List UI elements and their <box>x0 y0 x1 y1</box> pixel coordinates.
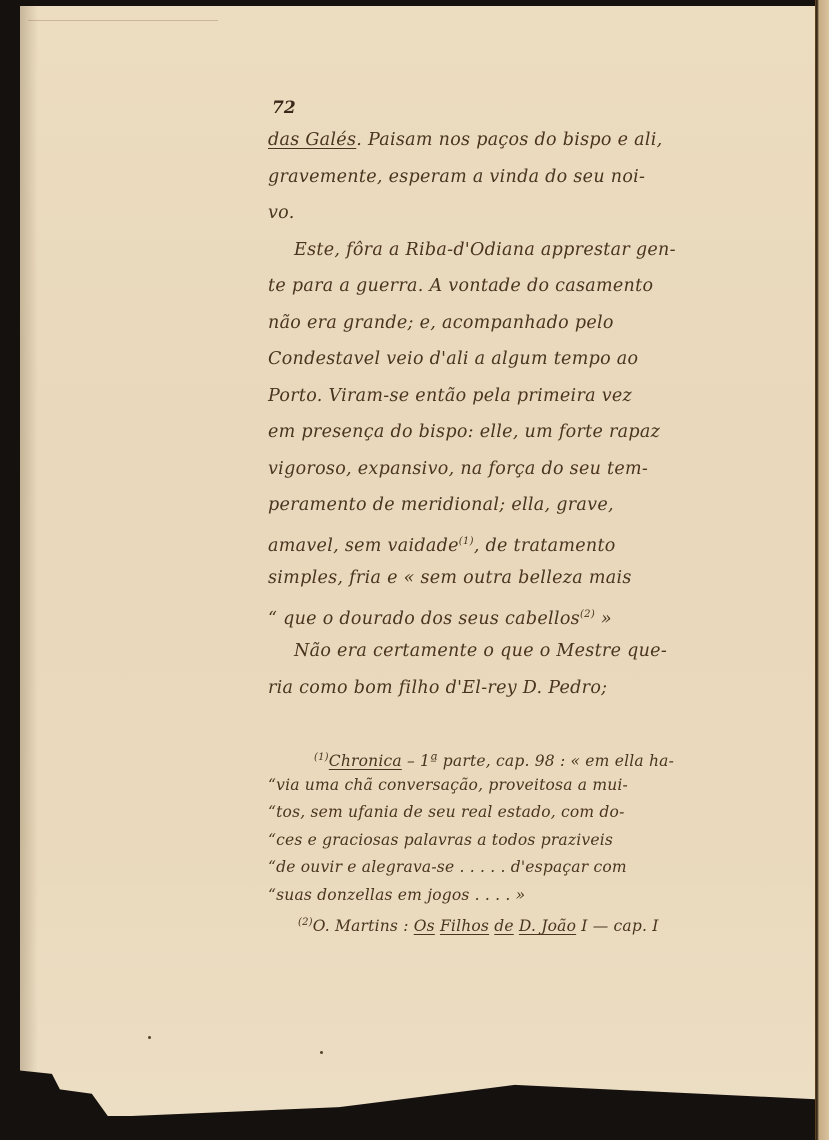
footnote-1-line: “via uma chã conversação, proveitosa a m… <box>268 772 728 800</box>
manuscript-text: 72 das Galés. Paisam nos paços do bispo … <box>268 98 728 937</box>
footnote-1-line: “de ouvir e alegrava-se . . . . . d'espa… <box>268 854 728 882</box>
page-top-crease <box>28 20 218 21</box>
footnote-1-line: “ces e graciosas palavras a todos praziv… <box>268 827 728 855</box>
footnote-1-line: (1)Chronica – 1ª parte, cap. 98 : « em e… <box>268 744 728 772</box>
text-line: das Galés. Paisam nos paços do bispo e a… <box>268 122 728 159</box>
text-line: gravemente, esperam a vinda do seu noi- <box>268 159 728 196</box>
text-line: peramento de meridional; ella, grave, <box>268 487 728 524</box>
text-line: Porto. Viram-se então pela primeira vez <box>268 378 728 415</box>
text-line: Condestavel veio d'ali a algum tempo ao <box>268 341 728 378</box>
page-number: 72 <box>272 98 728 120</box>
paragraph-start-line: Este, fôra a Riba-d'Odiana apprestar gen… <box>268 232 728 269</box>
paper-speck <box>320 1051 323 1054</box>
footnote-1-line: “suas donzellas em jogos . . . . » <box>268 882 728 910</box>
text-line: em presença do bispo: elle, um forte rap… <box>268 414 728 451</box>
text-line: ria como bom filho d'El-rey D. Pedro; <box>268 670 728 707</box>
text-line: amavel, sem vaidade(1), de tratamento <box>268 524 728 561</box>
text-line: simples, fria e « sem outra belleza mais <box>268 560 728 597</box>
text-line: vo. <box>268 195 728 232</box>
body-text: das Galés. Paisam nos paços do bispo e a… <box>268 122 728 706</box>
text-line: não era grande; e, acompanhado pelo <box>268 305 728 342</box>
footnote-marker-1: (1) <box>459 536 474 547</box>
footnote-marker-2: (2) <box>580 609 595 620</box>
text-line: “ que o dourado dos seus cabellos(2) » <box>268 597 728 634</box>
footnote-1-line: “tos, sem ufania de seu real estado, com… <box>268 799 728 827</box>
text-line: te para a guerra. A vontade do casamento <box>268 268 728 305</box>
footnote-source-title: Chronica <box>329 752 402 770</box>
paper-speck <box>148 1036 151 1039</box>
footnote-spacer <box>268 706 728 744</box>
page-left-shadow <box>20 6 38 1116</box>
footnotes: (1)Chronica – 1ª parte, cap. 98 : « em e… <box>268 744 728 937</box>
text-line: vigoroso, expansivo, na força do seu tem… <box>268 451 728 488</box>
binding-edge <box>815 0 829 1140</box>
footnote-2-line: (2)O. Martins : Os Filhos de D. João I —… <box>268 909 728 937</box>
paragraph-start-line: Não era certamente o que o Mestre que- <box>268 633 728 670</box>
underlined-phrase: das Galés <box>268 130 356 150</box>
